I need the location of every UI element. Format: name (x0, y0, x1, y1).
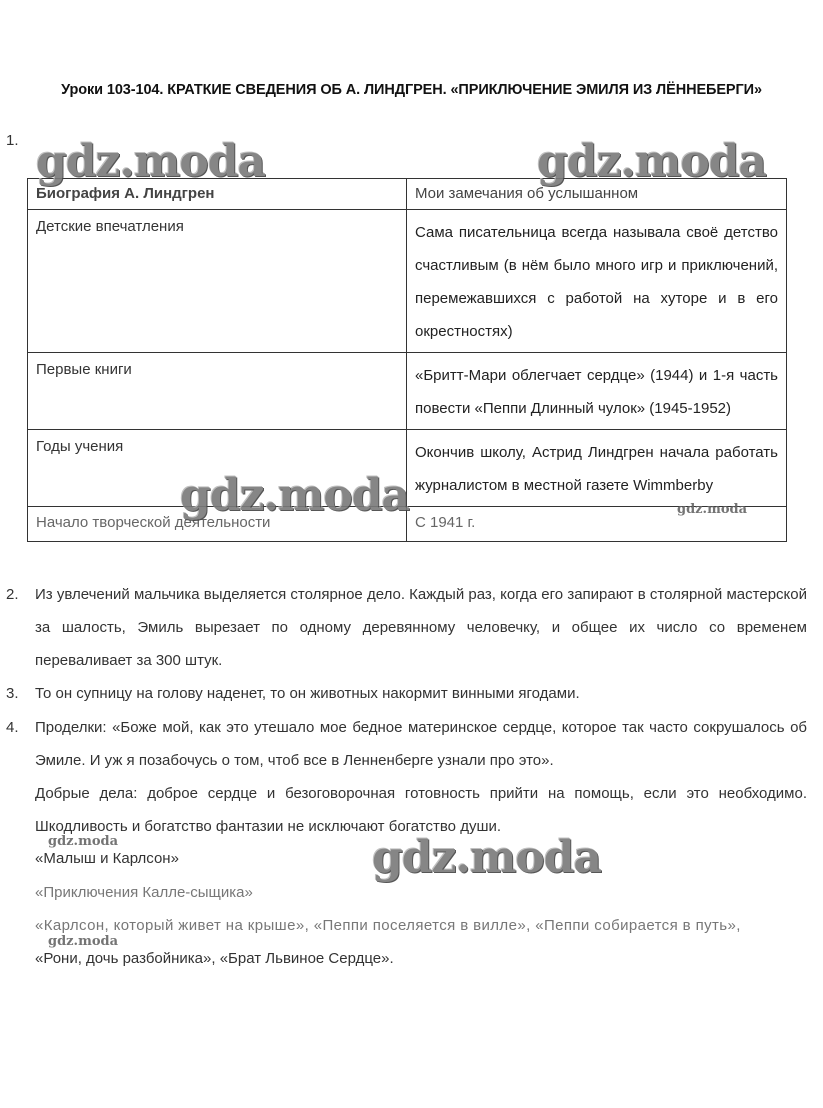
book-line: «Рони, дочь разбойника», «Брат Львиное С… (35, 950, 394, 967)
table-row: Начало творческой деятельности С 1941 г. (28, 507, 787, 542)
table-cell-topic: Детские впечатления (28, 210, 407, 353)
book-line: «Карлсон, который живет на крыше», «Пепп… (35, 917, 741, 934)
task-3-number: 3. (6, 677, 19, 710)
table-row: Годы учения Окончив школу, Астрид Линдгр… (28, 430, 787, 507)
table-header-notes: Мои замечания об услышанном (407, 179, 787, 210)
book-line: «Приключения Калле-сыщика» (35, 884, 253, 901)
task-3: 3. То он супницу на голову наденет, то о… (35, 677, 807, 710)
table-cell-note: Окончив школу, Астрид Линдгрен начала ра… (407, 430, 787, 507)
task-4-good-deeds: Добрые дела: доброе сердце и безоговороч… (35, 777, 807, 843)
watermark: gdz.moda (48, 934, 118, 949)
task-4-number: 4. (6, 711, 19, 744)
task-2-number: 2. (6, 578, 19, 611)
task-4-text-good-deeds: Добрые дела: доброе сердце и безоговороч… (35, 785, 807, 835)
biography-table: Биография А. Линдгрен Мои замечания об у… (27, 178, 787, 542)
table-cell-topic: Годы учения (28, 430, 407, 507)
table-cell-topic: Первые книги (28, 353, 407, 430)
table-row: Первые книги «Бритт-Мари облегчает сердц… (28, 353, 787, 430)
task-1-number: 1. (6, 132, 19, 149)
task-2: 2. Из увлечений мальчика выделяется стол… (35, 578, 807, 677)
task-4: 4. Проделки: «Боже мой, как это утешало … (35, 711, 807, 777)
table-row: Детские впечатления Сама писательница вс… (28, 210, 787, 353)
table-cell-note: Сама писательница всегда называла своё д… (407, 210, 787, 353)
table-cell-note: С 1941 г. (407, 507, 787, 542)
task-3-text: То он супницу на голову наденет, то он ж… (35, 685, 580, 702)
table-header-biography: Биография А. Линдгрен (28, 179, 407, 210)
table-cell-note: «Бритт-Мари облегчает сердце» (1944) и 1… (407, 353, 787, 430)
book-line: «Малыш и Карлсон» (35, 850, 179, 867)
table-cell-topic: Начало творческой деятельности (28, 507, 407, 542)
table-header-row: Биография А. Линдгрен Мои замечания об у… (28, 179, 787, 210)
page-title: Уроки 103-104. КРАТКИЕ СВЕДЕНИЯ ОБ А. ЛИ… (0, 82, 823, 98)
task-2-text: Из увлечений мальчика выделяется столярн… (35, 586, 807, 669)
task-4-text-pranks: Проделки: «Боже мой, как это утешало мое… (35, 719, 807, 769)
